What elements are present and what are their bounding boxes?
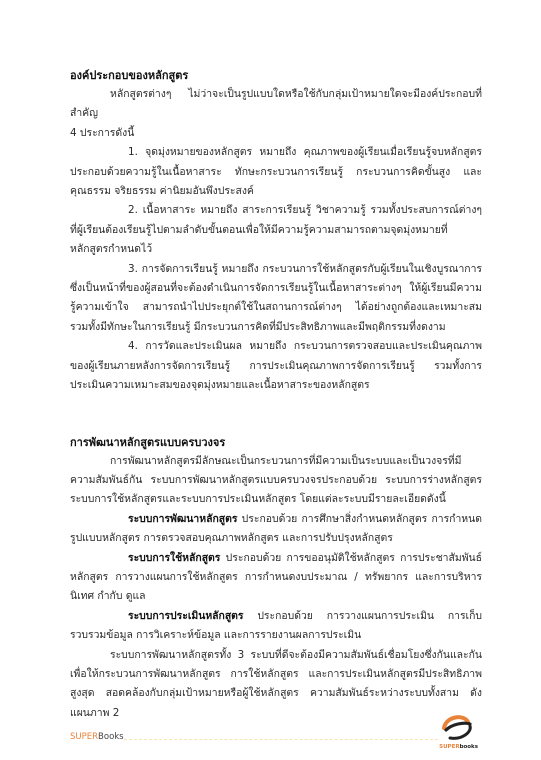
component-item-4: 4. การวัดและประเมินผล หมายถึง กระบวนการต…: [70, 337, 482, 395]
intro-paragraph: หลักสูตรต่างๆ ไม่ว่าจะเป็นรูปแบบใดหรือใช…: [70, 85, 482, 143]
brand-books: Books: [98, 732, 124, 742]
system-evaluation-paragraph: ระบบการประเมินหลักสูตร ประกอบด้วย การวาง…: [70, 607, 482, 646]
logo-books: books: [460, 744, 478, 750]
section-heading-curriculum-components: องค์ประกอบของหลักสูตร: [70, 66, 482, 85]
logo-wordmark: SUPERbooks: [439, 744, 478, 750]
system-title: ระบบการพัฒนาหลักสูตร: [128, 513, 237, 525]
development-intro-paragraph: การพัฒนาหลักสูตรมีลักษณะเป็นกระบวนการที่…: [70, 452, 482, 510]
section-spacer: [70, 396, 482, 433]
component-item-2: 2. เนื้อหาสาระ หมายถึง สาระการเรียนรู้ ว…: [70, 201, 482, 259]
component-item-1: 1. จุดมุ่งหมายของหลักสูตร หมายถึง คุณภาพ…: [70, 143, 482, 201]
footer-dashed-divider: [124, 739, 438, 740]
intro-line-2: 4 ประการดังนี้: [70, 127, 134, 139]
page-footer: SUPERBooks SUPERbooks: [70, 732, 478, 750]
brand-super: SUPER: [70, 732, 98, 742]
system-title: ระบบการใช้หลักสูตร: [128, 552, 220, 564]
component-item-3: 3. การจัดการเรียนรู้ หมายถึง กระบวนการใช…: [70, 260, 482, 338]
logo-super: SUPER: [439, 744, 459, 750]
system-usage-paragraph: ระบบการใช้หลักสูตร ประกอบด้วย การขออนุมั…: [70, 549, 482, 607]
superbooks-logo-icon: SUPERbooks: [434, 710, 478, 750]
section-heading-curriculum-development: การพัฒนาหลักสูตรแบบครบวงจร: [70, 433, 482, 452]
document-page: องค์ประกอบของหลักสูตร หลักสูตรต่างๆ ไม่ว…: [70, 66, 482, 723]
footer-brand: SUPERBooks: [70, 732, 124, 742]
system-development-paragraph: ระบบการพัฒนาหลักสูตร ประกอบด้วย การศึกษา…: [70, 510, 482, 549]
swoosh-icon: [434, 710, 478, 744]
closing-paragraph: ระบบการพัฒนาหลักสูตรทั้ง 3 ระบบที่ดีจะต้…: [70, 646, 482, 724]
system-title: ระบบการประเมินหลักสูตร: [128, 610, 244, 622]
intro-line-1: หลักสูตรต่างๆ ไม่ว่าจะเป็นรูปแบบใดหรือใช…: [70, 88, 482, 119]
